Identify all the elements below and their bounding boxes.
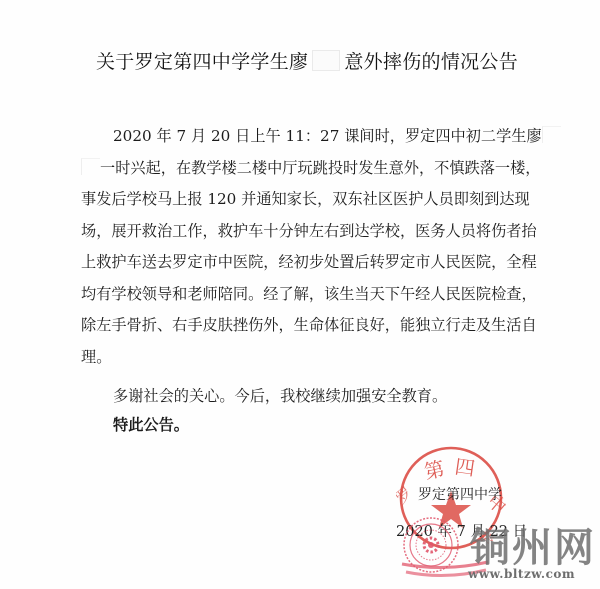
paragraph-incident: 2020 年 7 月 20 日上午 11：27 课间时，罗定四中初二学生廖 一时… <box>81 121 541 373</box>
scanned-announcement: 关于罗定第四中学学生廖意外摔伤的情况公告 2020 年 7 月 20 日上午 1… <box>0 0 600 589</box>
title-part-before: 关于罗定第四中学学生廖 <box>96 51 308 73</box>
body-line: 上救护车送去罗定市中医院，经初步处置后转罗定市人民医院，全程 <box>81 247 541 279</box>
redacted-name-box <box>542 126 561 143</box>
body-line: 事发后学校马上报 120 并通知家长，双东社区医护人员即刻到达现 <box>81 184 541 216</box>
body-line: 均有学校领导和老师陪同。经了解，该生当天下午经人民医院检查， <box>81 279 541 311</box>
signature-org: 罗定第四中学 <box>418 484 502 504</box>
body-line: 2020 年 7 月 20 日上午 11：27 课间时，罗定四中初二学生廖 <box>81 121 541 153</box>
body-line: 理。 <box>81 342 541 374</box>
watermark-url: www.bltzw.com <box>468 567 575 581</box>
svg-text:四: 四 <box>453 454 476 481</box>
body-line: 一时兴起，在教学楼二楼中厅玩跳投时发生意外，不慎跌落一楼， <box>81 153 541 185</box>
paragraph-closing: 特此公告。 <box>81 410 573 442</box>
body-line: 场，展开救治工作，救护车十分钟左右到达学校，医务人员将伤者抬 <box>81 216 541 248</box>
body-line: 除左手骨折、右手皮肤挫伤外，生命体征良好，能独立行走及生活自 <box>81 310 541 342</box>
redacted-name-box <box>81 158 100 175</box>
document-title: 关于罗定第四中学学生廖意外摔伤的情况公告 <box>96 47 518 74</box>
redacted-name-box <box>312 50 340 71</box>
paragraph-thanks: 多谢社会的关心。今后，我校继续加强安全教育。 <box>81 381 573 413</box>
svg-text:罗: 罗 <box>396 483 416 508</box>
watermark-site-name: 铜州网 <box>470 516 596 573</box>
svg-text:第: 第 <box>422 456 447 484</box>
title-part-after: 意外摔伤的情况公告 <box>344 51 518 73</box>
